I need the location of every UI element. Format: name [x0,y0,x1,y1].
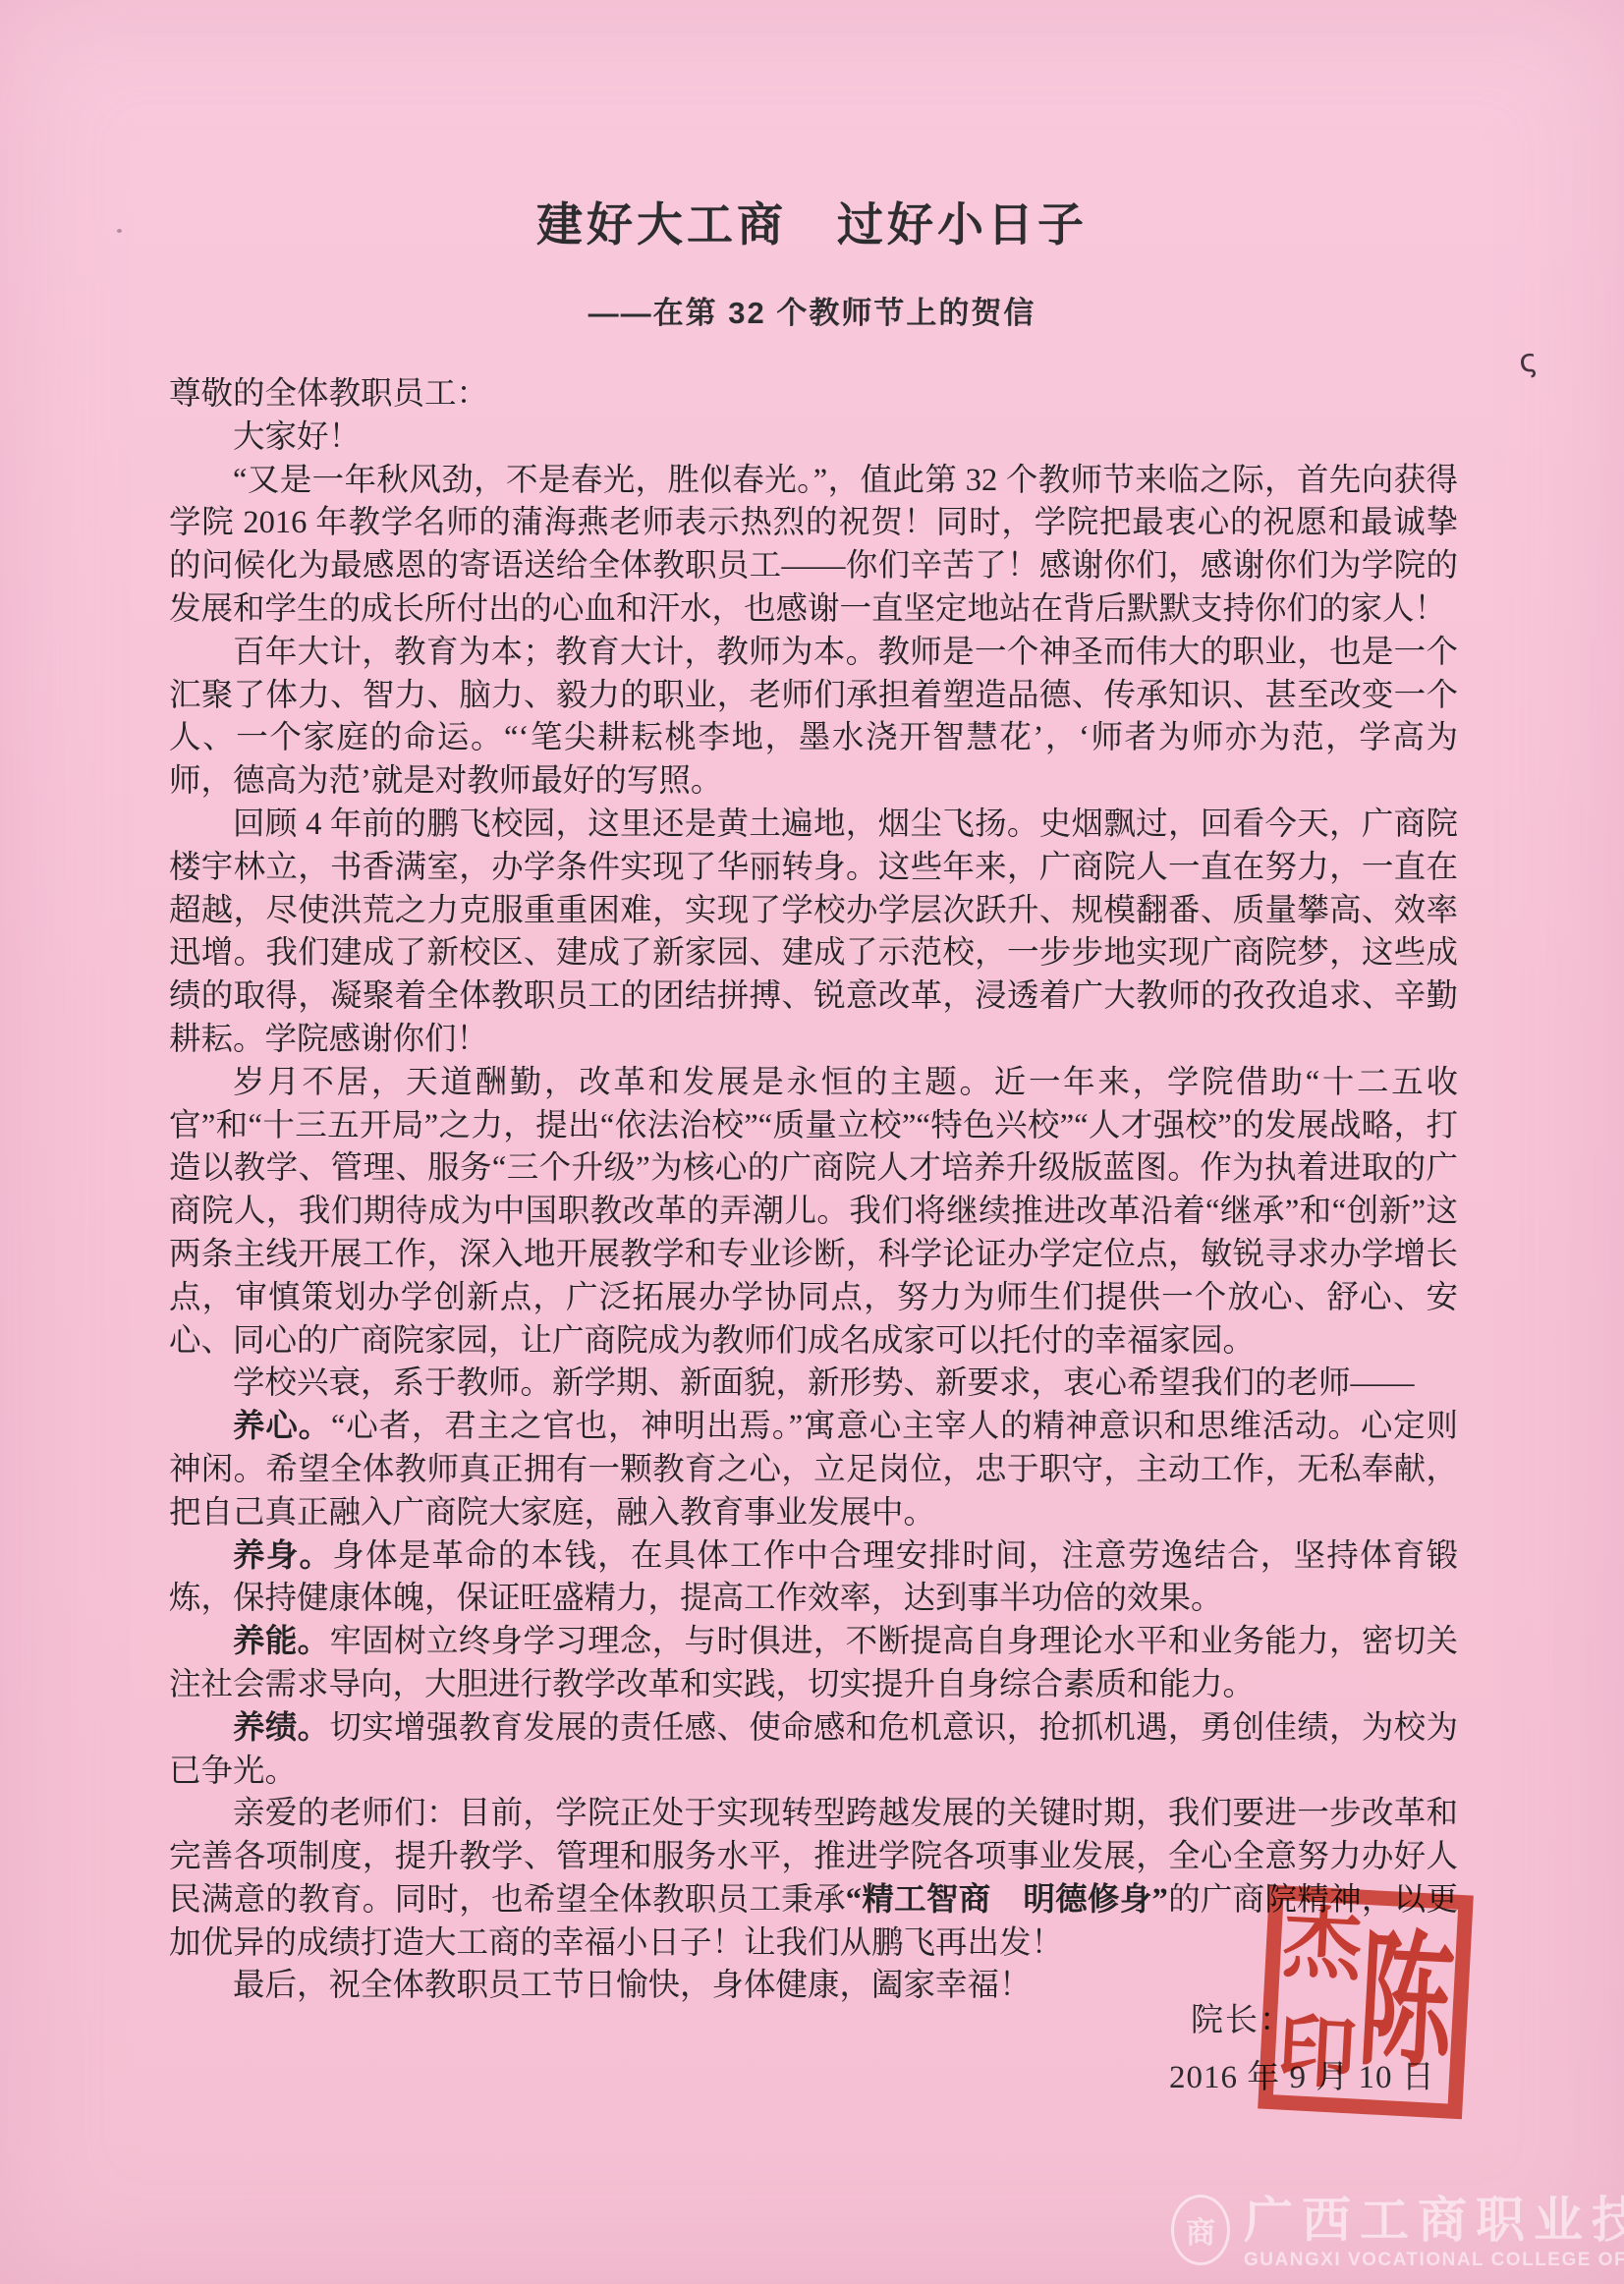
seal-char-bottom: 印 [1275,2012,1358,2094]
watermark-name-en: GUANGXI VOCATIONAL COLLEGE OF TECNOLOGY … [1244,2250,1624,2271]
salutation: 尊敬的全体教职员工： [169,373,1458,417]
emphasis-text: 养绩。 [233,1710,329,1746]
body-text: 学校兴衰，系于教师。新学期、新面貌，新形势、新要求，衷心希望我们的老师—— [233,1365,1415,1401]
paragraph: 养绩。切实增强教育发展的责任感、使命感和危机意识，抢抓机遇，勇创佳绩，为校为已争… [169,1707,1458,1794]
paragraph: 回顾 4 年前的鹏飞校园，这里还是黄土遍地，烟尘飞扬。史烟飘过，回看今天，广商院… [169,804,1458,1062]
seal-char-top: 杰 [1281,1905,1364,1987]
body-text: “又是一年秋风劲，不是春光，胜似春光。”，值此第 32 个教师节来临之际，首先向… [169,463,1458,627]
title-block: 建好大工商 过好小日子 ——在第 32 个教师节上的贺信 [0,189,1624,332]
letter-subtitle: ——在第 32 个教师节上的贺信 [0,288,1624,332]
paragraph: 养心。“心者，君主之官也，神明出焉。”寓意心主宰人的精神意识和思维活动。心定则神… [169,1406,1458,1534]
paragraph: 学校兴衰，系于教师。新学期、新面貌，新形势、新要求，衷心希望我们的老师—— [169,1363,1458,1406]
scanned-letter-page: 建好大工商 过好小日子 ——在第 32 个教师节上的贺信 尊敬的全体教职员工： … [0,0,1624,2284]
paragraph: 亲爱的老师们：目前，学院正处于实现转型跨越发展的关键时期，我们要进一步改革和完善… [169,1793,1458,1965]
scan-artifact-squiggle: ς [1516,341,1540,380]
letter-title: 建好大工商 过好小日子 [0,189,1624,254]
emphasis-text: 养心。 [233,1409,331,1444]
college-logo-char: 商 [1186,2208,1215,2252]
watermark-text: 广西工商职业技术学院 GUANGXI VOCATIONAL COLLEGE OF… [1244,2195,1624,2271]
body-text: 岁月不居，天道酬勤，改革和发展是永恒的主题。近一年来，学院借助“十二五收官”和“… [169,1065,1458,1359]
emphasis-text: 养身。 [233,1538,332,1574]
college-watermark: 商 广西工商职业技术学院 GUANGXI VOCATIONAL COLLEGE … [1171,2195,1624,2271]
scan-artifact-dot [117,229,122,233]
body-text: 百年大计，教育为本；教育大计，教师为本。教师是一个神圣而伟大的职业，也是一个汇聚… [169,635,1458,799]
body-text: “心者，君主之官也，神明出焉。”寓意心主宰人的精神意识和思维活动。心定则神闲。希… [169,1409,1458,1531]
emphasis-text: 养能。 [233,1624,329,1659]
watermark-name-cn: 广西工商职业技术学院 [1244,2195,1624,2246]
letter-body: 尊敬的全体教职员工： 大家好！“又是一年秋风劲，不是春光，胜似春光。”，值此第 … [169,373,1458,2008]
paragraph: 养能。牢固树立终身学习理念，与时俱进，不断提高自身理论水平和业务能力，密切关注社… [169,1621,1458,1707]
paragraph: “又是一年秋风劲，不是春光，胜似春光。”，值此第 32 个教师节来临之际，首先向… [169,460,1458,632]
seal-right-column: 陈 [1354,1909,1458,2100]
president-name-seal: 杰 印 陈 [1258,1885,1474,2120]
paragraph: 百年大计，教育为本；教育大计，教师为本。教师是一个神圣而伟大的职业，也是一个汇聚… [169,632,1458,804]
body-text: 最后，祝全体教职员工节日愉快，身体健康，阖家幸福！ [233,1968,1032,2003]
body-text: 切实增强教育发展的责任感、使命感和危机意识，抢抓机遇，勇创佳绩，为校为已争光。 [169,1710,1458,1789]
body-text: 回顾 4 年前的鹏飞校园，这里还是黄土遍地，烟尘飞扬。史烟飘过，回看今天，广商院… [169,807,1458,1057]
paragraph: 岁月不居，天道酬勤，改革和发展是永恒的主题。近一年来，学院借助“十二五收官”和“… [169,1062,1458,1364]
seal-left-column: 杰 印 [1275,1905,1364,2095]
paragraph: 大家好！ [169,417,1458,460]
body-text: 牢固树立终身学习理念，与时俱进，不断提高自身理论水平和业务能力，密切关注社会需求… [169,1624,1458,1702]
emphasis-text: “精工智商 明德修身” [846,1882,1168,1918]
paragraph: 养身。身体是革命的本钱，在具体工作中合理安排时间，注意劳逸结合，坚持体育锻炼，保… [169,1535,1458,1622]
body-text: 身体是革命的本钱，在具体工作中合理安排时间，注意劳逸结合，坚持体育锻炼，保持健康… [169,1538,1458,1617]
college-logo-icon: 商 [1171,2195,1230,2265]
seal-char-right: 陈 [1355,1928,1457,2080]
body-text: 大家好！ [233,419,361,455]
